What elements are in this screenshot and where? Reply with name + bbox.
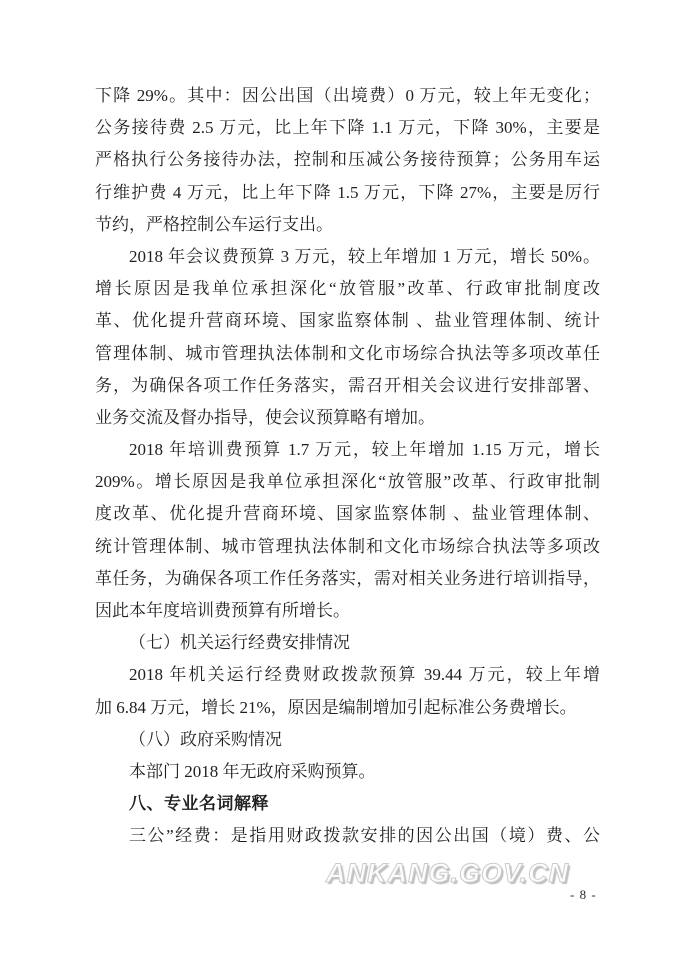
text-line: 2018 年会议费预算 3 万元，较上年增加 1 万元，增长 50%。	[95, 241, 600, 273]
text-line: 公务接待费 2.5 万元，比上年下降 1.1 万元，下降 30%，主要是	[95, 112, 600, 144]
text-line: 革、优化提升营商环境、国家监察体制 、盐业管理体制、统计	[95, 305, 600, 337]
text-line: 务，为确保各项工作任务落实，需召开相关会议进行安排部署、	[95, 370, 600, 402]
text-line: 严格执行公务接待办法，控制和压减公务接待预算；公务用车运	[95, 144, 600, 176]
text-line: 2018 年培训费预算 1.7 万元，较上年增加 1.15 万元，增长	[95, 434, 600, 466]
text-line: 加 6.84 万元，增长 21%，原因是编制增加引起标准公务费增长。	[95, 692, 600, 724]
text-line: 本部门 2018 年无政府采购预算。	[95, 756, 600, 788]
document-body: 下降 29%。其中：因公出国（出境费）0 万元，较上年无变化； 公务接待费 2.…	[95, 80, 600, 853]
text-line: 革任务，为确保各项工作任务落实，需对相关业务进行培训指导，	[95, 563, 600, 595]
text-line: 行维护费 4 万元，比上年下降 1.5 万元，下降 27%，主要是厉行	[95, 177, 600, 209]
text-line: 节约，严格控制公车运行支出。	[95, 209, 600, 241]
text-line: 增长原因是我单位承担深化“放管服”改革、行政审批制度改	[95, 273, 600, 305]
text-line: 下降 29%。其中：因公出国（出境费）0 万元，较上年无变化；	[95, 80, 600, 112]
text-line: 三公”经费：是指用财政拨款安排的因公出国（境）费、公	[95, 820, 600, 852]
page-number: - 8 -	[570, 887, 597, 903]
text-line: 2018 年机关运行经费财政拨款预算 39.44 万元，较上年增	[95, 659, 600, 691]
text-line: 统计管理体制、城市管理执法体制和文化市场综合执法等多项改	[95, 531, 600, 563]
section-heading: （八）政府采购情况	[95, 724, 600, 756]
terms-heading: 八、专业名词解释	[95, 788, 600, 820]
text-line: 209%。增长原因是我单位承担深化“放管服”改革、行政审批制	[95, 466, 600, 498]
text-line: 管理体制、城市管理执法体制和文化市场综合执法等多项改革任	[95, 338, 600, 370]
text-line: 业务交流及督办指导，使会议预算略有增加。	[95, 402, 600, 434]
watermark: ANKANG.GOV.CN	[326, 858, 569, 889]
document-page: 下降 29%。其中：因公出国（出境费）0 万元，较上年无变化； 公务接待费 2.…	[0, 0, 680, 962]
text-line: 因此本年度培训费预算有所增长。	[95, 595, 600, 627]
text-line: 度改革、优化提升营商环境、国家监察体制 、盐业管理体制、	[95, 498, 600, 530]
section-heading: （七）机关运行经费安排情况	[95, 627, 600, 659]
